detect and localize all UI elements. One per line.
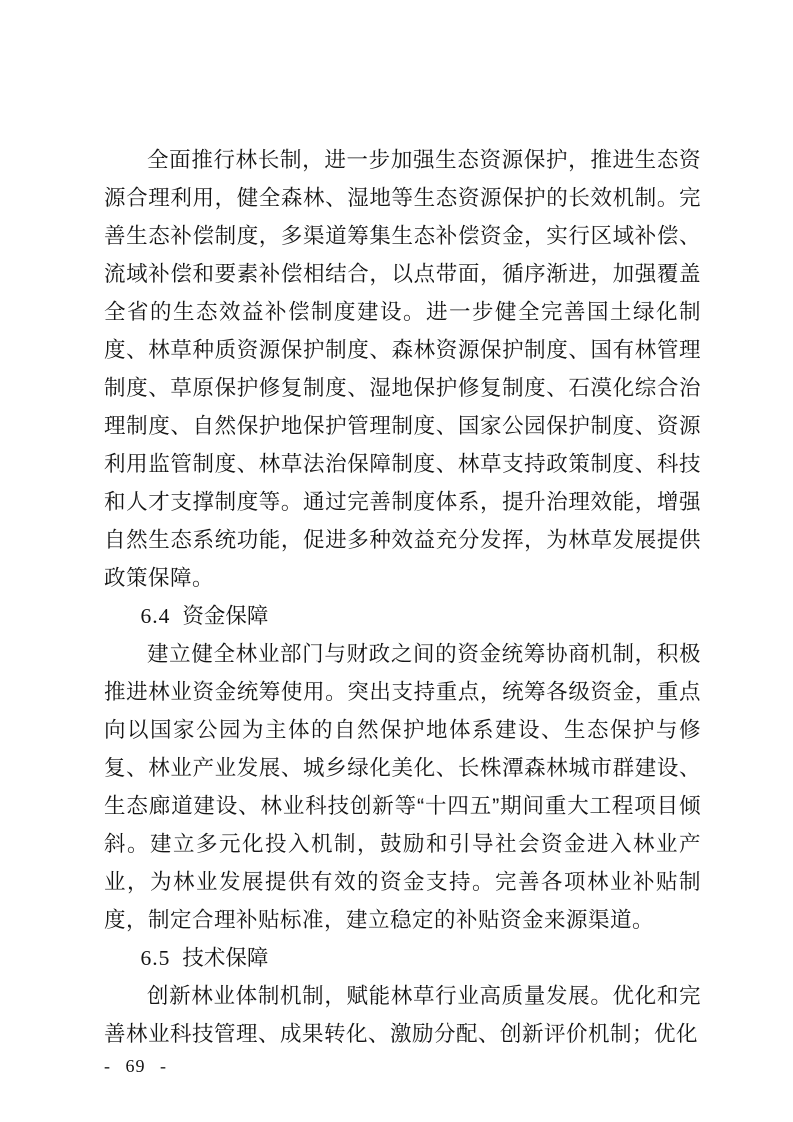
- page-number: - 69 -: [104, 1053, 167, 1079]
- paragraph-policy-guarantee: 全面推行林长制，进一步加强生态资源保护，推进生态资源合理利用，健全森林、湿地等生…: [104, 141, 701, 597]
- section-title: 资金保障: [182, 604, 268, 628]
- section-number: 6.4: [141, 604, 171, 628]
- document-page: 全面推行林长制，进一步加强生态资源保护，推进生态资源合理利用，健全森林、湿地等生…: [0, 0, 793, 1122]
- paragraph-funding-guarantee: 建立健全林业部门与财政之间的资金统筹协商机制，积极推进林业资金统筹使用。突出支持…: [104, 635, 701, 939]
- paragraph-technology-guarantee: 创新林业体制机制，赋能林草行业高质量发展。优化和完善林业科技管理、成果转化、激励…: [104, 977, 701, 1053]
- section-number: 6.5: [141, 946, 171, 970]
- document-content: 全面推行林长制，进一步加强生态资源保护，推进生态资源合理利用，健全森林、湿地等生…: [104, 141, 701, 1053]
- section-heading-technology: 6.5技术保障: [104, 939, 701, 977]
- section-title: 技术保障: [182, 946, 268, 970]
- section-heading-funding: 6.4资金保障: [104, 597, 701, 635]
